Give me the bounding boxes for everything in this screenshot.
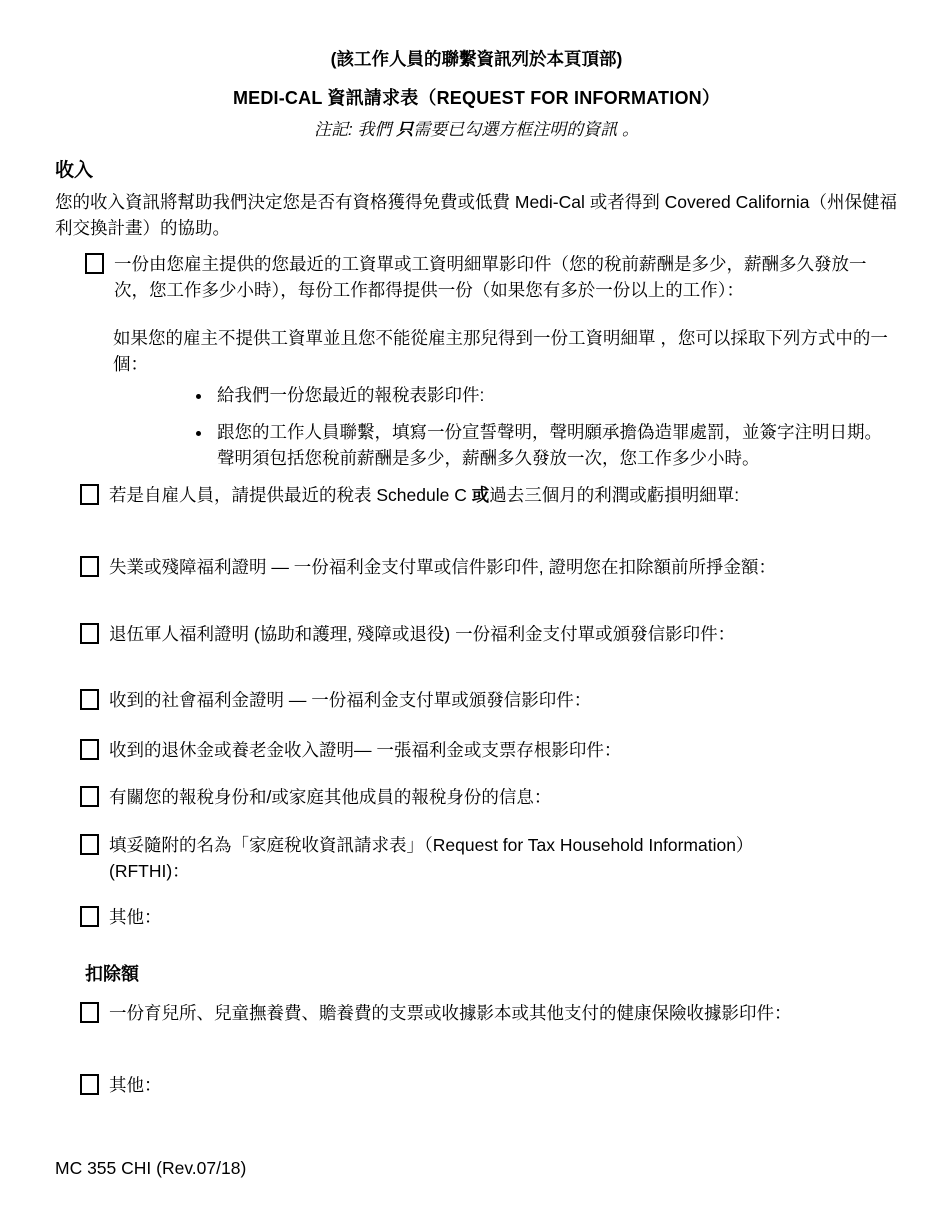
deductions-other-label: 其他： — [109, 1072, 898, 1098]
unemployment-checkbox[interactable] — [80, 556, 99, 577]
unemployment-label: 失業或殘障福利證明 — 一份福利金支付單或信件影印件, 證明您在扣除額前所掙金額… — [109, 554, 898, 580]
checkbox-item-income-other: 其他： — [80, 904, 898, 930]
checkbox-item-deductions-other: 其他： — [80, 1072, 898, 1098]
alternatives-list: 給我們一份您最近的報稅表影印件: 跟您的工作人員聯繫，填寫一份宣誓聲明，聲明願承… — [55, 382, 898, 471]
rfthi-line1: 填妥隨附的名為「家庭稅收資訊請求表」（Request for Tax House… — [109, 835, 753, 855]
self-employed-checkbox[interactable] — [80, 484, 99, 505]
form-number: MC 355 CHI (Rev.07/18) — [55, 1155, 898, 1181]
no-paystub-paragraph: 如果您的雇主不提供工資單並且您不能從雇主那兒得到一份工資明細單 ，您可以採取下列… — [113, 325, 898, 377]
income-intro: 您的收入資訊將幫助我們決定您是否有資格獲得免費或低費 Medi-Cal 或者得到… — [55, 189, 898, 241]
checkbox-item-unemployment: 失業或殘障福利證明 — 一份福利金支付單或信件影印件, 證明您在扣除額前所掙金額… — [80, 554, 898, 580]
note-pre: 注記: 我們 — [314, 120, 396, 139]
social-security-label: 收到的社會福利金證明 — 一份福利金支付單或頒發信影印件： — [109, 687, 898, 713]
childcare-checkbox[interactable] — [80, 1002, 99, 1023]
income-other-label: 其他： — [109, 904, 898, 930]
note-post: 需要已勾選方框注明的資訊 。 — [413, 120, 639, 139]
self-employed-post: 過去三個月的利潤或虧損明細單: — [489, 485, 739, 505]
checkbox-item-self-employed: 若是自雇人員，請提供最近的稅表 Schedule C 或過去三個月的利潤或虧損明… — [80, 482, 898, 508]
childcare-label: 一份育兒所、兒童撫養費、贍養費的支票或收據影本或其他支付的健康保險收據影印件： — [109, 1000, 898, 1026]
checkbox-item-rfthi: 填妥隨附的名為「家庭稅收資訊請求表」（Request for Tax House… — [80, 832, 898, 884]
checkbox-item-childcare: 一份育兒所、兒童撫養費、贍養費的支票或收據影本或其他支付的健康保險收據影印件： — [80, 1000, 898, 1026]
deductions-section-heading: 扣除額 — [85, 962, 898, 986]
checkbox-item-social-security: 收到的社會福利金證明 — 一份福利金支付單或頒發信影印件： — [80, 687, 898, 713]
self-employed-pre: 若是自雇人員，請提供最近的稅表 Schedule C — [109, 485, 472, 505]
paystub-checkbox[interactable] — [85, 253, 104, 274]
social-security-checkbox[interactable] — [80, 689, 99, 710]
rfthi-line2: (RFTHI)： — [109, 861, 190, 881]
veterans-label: 退伍軍人福利證明 (協助和護理, 殘障或退役) 一份福利金支付單或頒發信影印件： — [109, 621, 898, 647]
bullet-tax-return-copy: 給我們一份您最近的報稅表影印件: — [213, 382, 898, 408]
checkbox-item-pension: 收到的退休金或養老金收入證明— 一張福利金或支票存根影印件： — [80, 737, 898, 763]
self-employed-label: 若是自雇人員，請提供最近的稅表 Schedule C 或過去三個月的利潤或虧損明… — [109, 482, 898, 508]
self-employed-or-emphasis: 或 — [472, 485, 490, 505]
deductions-other-checkbox[interactable] — [80, 1074, 99, 1095]
rfthi-checkbox[interactable] — [80, 834, 99, 855]
paystub-label: 一份由您雇主提供的您最近的工資單或工資明細單影印件（您的稅前薪酬是多少，薪酬多久… — [114, 251, 898, 303]
veterans-checkbox[interactable] — [80, 623, 99, 644]
checkbox-item-veterans: 退伍軍人福利證明 (協助和護理, 殘障或退役) 一份福利金支付單或頒發信影印件： — [80, 621, 898, 647]
tax-filing-status-checkbox[interactable] — [80, 786, 99, 807]
tax-filing-status-label: 有關您的報稅身份和/或家庭其他成員的報稅身份的信息： — [109, 784, 898, 810]
pension-label: 收到的退休金或養老金收入證明— 一張福利金或支票存根影印件： — [109, 737, 898, 763]
note-emphasis: 只 — [396, 120, 413, 139]
income-other-checkbox[interactable] — [80, 906, 99, 927]
checkbox-item-paystub: 一份由您雇主提供的您最近的工資單或工資明細單影印件（您的稅前薪酬是多少，薪酬多久… — [85, 251, 898, 303]
note-line: 注記: 我們 只需要已勾選方框注明的資訊 。 — [55, 117, 898, 143]
rfthi-label: 填妥隨附的名為「家庭稅收資訊請求表」（Request for Tax House… — [109, 832, 898, 884]
form-title: MEDI-CAL 資訊請求表（REQUEST FOR INFORMATION） — [55, 85, 898, 111]
checkbox-item-tax-filing-status: 有關您的報稅身份和/或家庭其他成員的報稅身份的信息： — [80, 784, 898, 810]
income-section-heading: 收入 — [55, 159, 898, 183]
pension-checkbox[interactable] — [80, 739, 99, 760]
bullet-sworn-statement: 跟您的工作人員聯繫，填寫一份宣誓聲明，聲明願承擔偽造罪處罰，並簽字注明日期。聲明… — [213, 419, 898, 471]
header-contact-note: (該工作人員的聯繫資訊列於本頁頂部) — [55, 46, 898, 72]
document-page: (該工作人員的聯繫資訊列於本頁頂部) MEDI-CAL 資訊請求表（REQUES… — [0, 0, 950, 1230]
